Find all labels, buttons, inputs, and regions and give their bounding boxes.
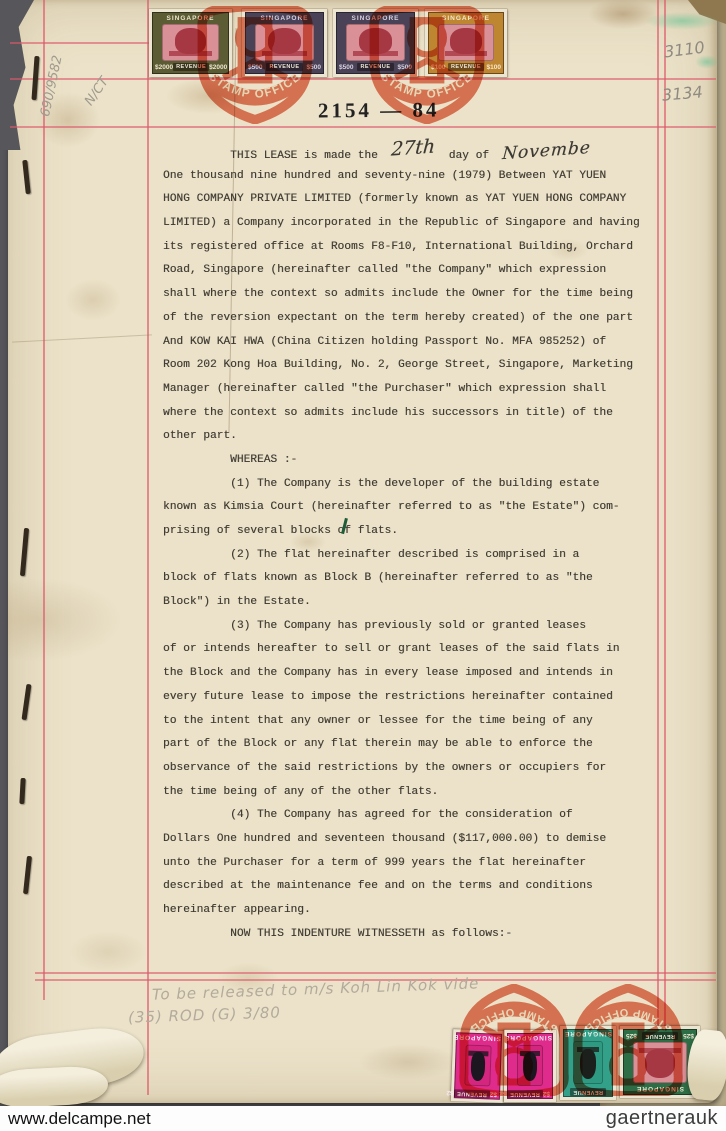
typed-line: unto the Purchaser for a term of 999 yea… (163, 852, 683, 876)
intro-typed-mid: day of (435, 150, 502, 162)
typed-line: (3) The Company has previously sold or g… (163, 615, 683, 639)
typed-line: WHEREAS :- (163, 449, 683, 473)
typed-line: (1) The Company is the developer of the … (163, 473, 683, 497)
green-crayon-smudge (695, 55, 719, 69)
typed-line: One thousand nine hundred and seventy-ni… (163, 165, 683, 189)
typed-line: Room 202 Kong Hoa Building, No. 2, Georg… (163, 354, 683, 378)
seal-graphic: STAMP OFFICE (356, 6, 498, 124)
pencil-note-margin-bottom: 3134 (661, 82, 703, 104)
watermark-gaertner: gaertnerauk (606, 1107, 718, 1130)
stamp-office-seal: STAMP OFFICE (452, 984, 576, 1096)
typed-line: Road, Singapore (hereinafter called "the… (163, 259, 683, 283)
watermark-strip: www.delcampe.net gaertnerauk (0, 1106, 726, 1131)
typed-line: (4) The Company has agreed for the consi… (163, 804, 683, 828)
typed-line: its registered office at Rooms F8-F10, I… (163, 236, 683, 260)
stamp-value: $2000 (155, 64, 173, 71)
margin-line-left-outer (43, 0, 45, 1000)
typed-line: shall where the context so admits includ… (163, 283, 683, 307)
typed-line: Block") in the Estate. (163, 591, 683, 615)
typed-line: NOW THIS INDENTURE WITNESSETH as follows… (163, 923, 683, 947)
typed-lines: One thousand nine hundred and seventy-ni… (163, 165, 683, 947)
stamp-value: $500 (339, 64, 353, 71)
rule-line-bottom-1 (35, 972, 716, 974)
seal-graphic: STAMP OFFICE (190, 6, 320, 124)
typed-line: And KOW KAI HWA (China Citizen holding P… (163, 331, 683, 355)
seal-graphic: STAMP OFFICE (452, 984, 576, 1096)
rule-line-top-2 (10, 126, 716, 128)
margin-line-left-inner (147, 0, 149, 1095)
typed-line: observance of the said restrictions by t… (163, 757, 683, 781)
typed-line: the Block and the Company has in every l… (163, 662, 683, 686)
typed-line: every future lease to impose the restric… (163, 686, 683, 710)
typed-text-block: THIS LEASE is made the 27th day of Novem… (163, 141, 683, 946)
typed-line: other part. (163, 425, 683, 449)
typed-line: to the intent that any owner or lessee f… (163, 710, 683, 734)
typed-line: HONG COMPANY PRIVATE LIMITED (formerly k… (163, 188, 683, 212)
typed-line: part of the Block or any flat therein ma… (163, 733, 683, 757)
stamp-office-seal: STAMP OFFICE (190, 6, 320, 124)
typed-line: Manager (hereinafter called "the Purchas… (163, 378, 683, 402)
seal-graphic: STAMP OFFICE (566, 984, 690, 1096)
rule-line-top-partial (10, 42, 150, 44)
typed-line: where the context so admits include his … (163, 402, 683, 426)
typed-line: described at the maintenance fee and on … (163, 875, 683, 899)
typed-line: of the reversion expectant on the term h… (163, 307, 683, 331)
handwritten-day: 27th (390, 135, 436, 162)
intro-line: THIS LEASE is made the 27th day of Novem… (163, 141, 683, 165)
typed-line: prising of several blocks of flats. (163, 520, 683, 544)
typed-line: the time being of any of the other flats… (163, 781, 683, 805)
typed-line: of or intends hereafter to sell or grant… (163, 638, 683, 662)
typed-line: known as Kimsia Court (hereinafter refer… (163, 496, 683, 520)
intro-typed-pre: THIS LEASE is made the (163, 150, 391, 162)
stamp-office-seal: STAMP OFFICE (356, 6, 498, 124)
watermark-delcampe: www.delcampe.net (8, 1109, 151, 1129)
stamp-office-seal: STAMP OFFICE (566, 984, 690, 1096)
typed-line: LIMITED) a Company incorporated in the R… (163, 212, 683, 236)
typed-line: (2) The flat hereinafter described is co… (163, 544, 683, 568)
typed-line: Dollars One hundred and seventeen thousa… (163, 828, 683, 852)
typed-line: hereinafter appearing. (163, 899, 683, 923)
typed-line: block of flats known as Block B (hereina… (163, 567, 683, 591)
handwritten-month: Novembe (502, 137, 592, 167)
green-crayon-smudge (645, 12, 720, 30)
